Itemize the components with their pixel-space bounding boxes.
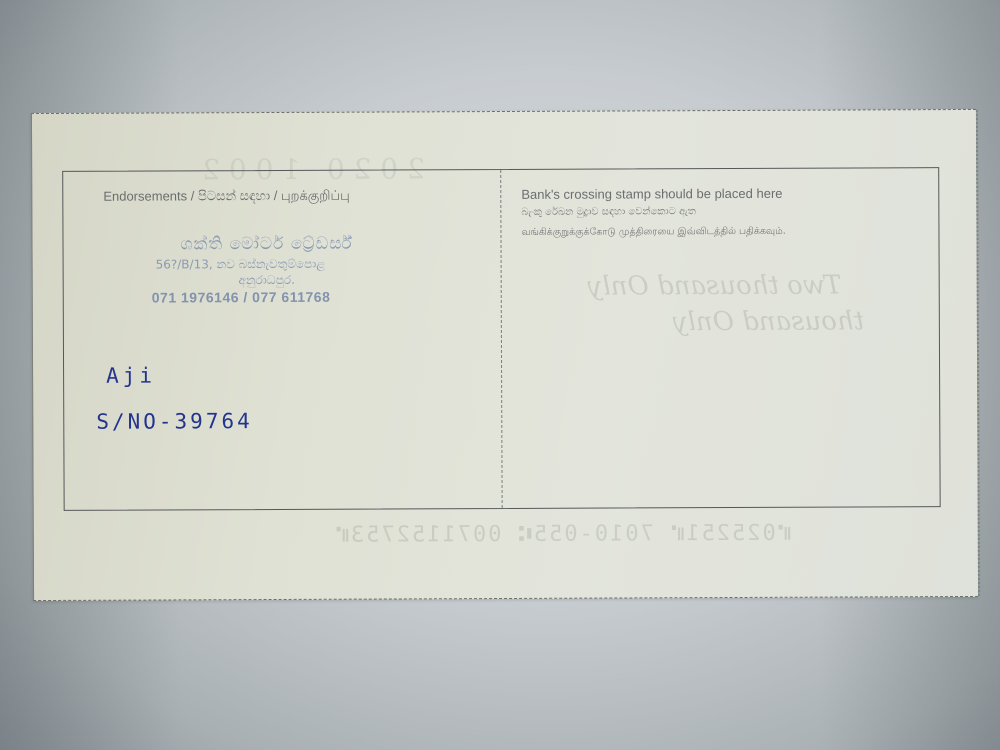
crossing-stamp-heading: Bank's crossing stamp should be placed h… bbox=[521, 186, 782, 202]
rubber-stamp: ශක්ති මෝටර් ට්‍රේඩර්ස් 56?/B/13, නව බස්න… bbox=[151, 233, 381, 308]
crossing-stamp-panel: Bank's crossing stamp should be placed h… bbox=[501, 168, 939, 508]
bleed-through-micr-line: ⑈025251⑈ 7010-055⑆ 0071152753⑈ bbox=[334, 521, 791, 548]
stamp-city: අනුරාධපුර. bbox=[152, 272, 382, 289]
stamp-business-name: ශක්ති මෝටර් ට්‍රේඩර්ස් bbox=[151, 233, 381, 257]
cheque-back: 2 0 2 0 1 0 0 2 Two thousand Only thousa… bbox=[31, 109, 978, 601]
crossing-stamp-sinhala: බැංකු රේඛන මුද්‍රාව සඳහා වෙන්කොට ඇත bbox=[521, 206, 696, 218]
crossing-stamp-tamil: வங்கிக்குறுக்குக்கோடு முத்திரையை இவ்விடத… bbox=[521, 226, 785, 239]
endorsements-heading: Endorsements / පිටසන් සඳහා / புறக்குறிப்… bbox=[103, 188, 350, 206]
stamp-phone: 071 1976146 / 077 611768 bbox=[152, 288, 382, 308]
stamp-address: 56?/B/13, නව බස්නැවතුම්පොළ bbox=[152, 255, 382, 272]
handwritten-serial-number: S/NO-39764 bbox=[96, 409, 253, 434]
endorsement-box: Endorsements / පිටසන් සඳහා / புறக்குறிப்… bbox=[62, 167, 940, 511]
endorsements-panel: Endorsements / පිටසන් සඳහා / புறக்குறிப்… bbox=[63, 170, 502, 510]
handwritten-name: Aji bbox=[106, 364, 156, 388]
